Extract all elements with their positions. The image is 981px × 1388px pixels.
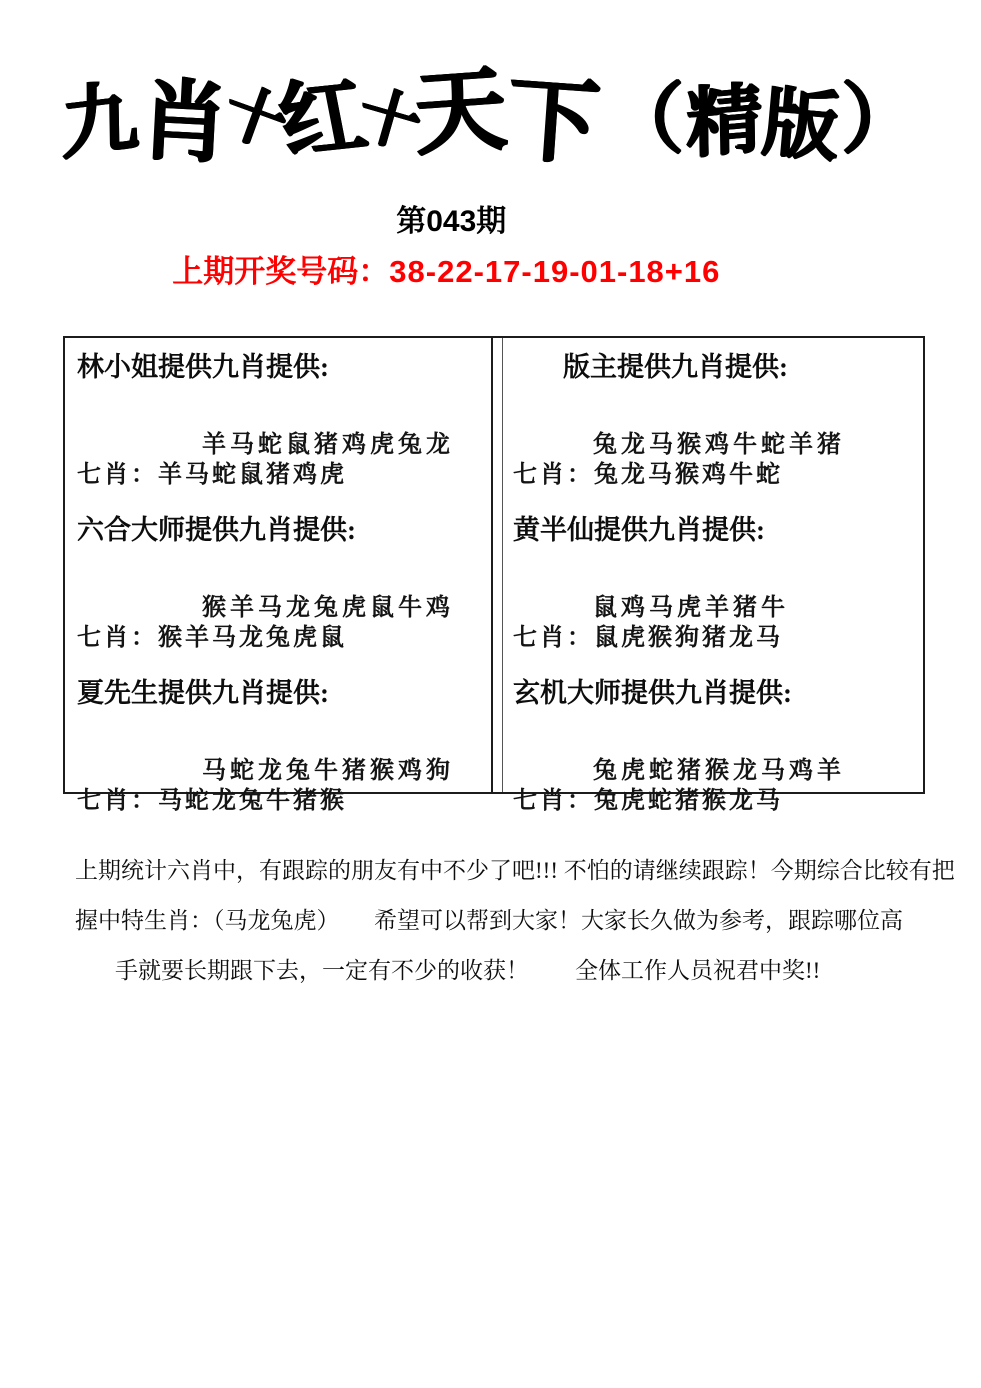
seven-zodiac-line: 七肖：羊马蛇鼠猪鸡虎 <box>77 460 491 491</box>
tip-section-banzhu: 版主提供九肖提供: 兔龙马猴鸡牛蛇羊猪 七肖：兔龙马猴鸡牛蛇 <box>513 351 923 503</box>
tip-section-linxiaojie: 林小姐提供九肖提供: 羊马蛇鼠猪鸡虎兔龙 七肖：羊马蛇鼠猪鸡虎 <box>77 351 491 503</box>
seven-zodiac-line: 七肖：兔虎蛇猪猴龙马 <box>513 786 923 817</box>
tip-section-huangbanxian: 黄半仙提供九肖提供: 鼠鸡马虎羊猪牛 七肖：鼠虎猴狗猪龙马 <box>513 514 923 666</box>
tip-section-xuanjidashi: 玄机大师提供九肖提供: 兔虎蛇猪猴龙马鸡羊 七肖：兔虎蛇猪猴龙马 <box>513 677 923 829</box>
tips-box: 林小姐提供九肖提供: 羊马蛇鼠猪鸡虎兔龙 七肖：羊马蛇鼠猪鸡虎 六合大师提供九肖… <box>63 336 925 794</box>
nine-zodiac-line: 猴羊马龙兔虎鼠牛鸡 <box>77 594 491 623</box>
tip-section-liuhedashi: 六合大师提供九肖提供: 猴羊马龙兔虎鼠牛鸡 七肖：猴羊马龙兔虎鼠 <box>77 514 491 666</box>
tip-section-xiaxiansheng: 夏先生提供九肖提供: 马蛇龙兔牛猪猴鸡狗 七肖：马蛇龙兔牛猪猴 <box>77 677 491 829</box>
last-draw-numbers: 38-22-17-19-01-18+16 <box>389 254 720 289</box>
nine-zodiac-line: 兔龙马猴鸡牛蛇羊猪 <box>513 431 923 460</box>
title-char: 下 <box>503 45 606 183</box>
last-draw-label: 上期开奖号码： <box>172 254 389 289</box>
seven-zodiac-line: 七肖：兔龙马猴鸡牛蛇 <box>513 460 923 491</box>
footer-note: 上期统计六肖中，有跟踪的朋友有中不少了吧!!! 不怕的请继续跟踪！今期综合比较有… <box>75 846 911 996</box>
tip-heading: 六合大师提供九肖提供: <box>77 514 491 547</box>
footer-line-2: 握中特生肖：（马龙兔虎） 希望可以帮到大家！大家长久做为参考，跟踪哪位高 <box>75 896 911 946</box>
nine-zodiac-line: 羊马蛇鼠猪鸡虎兔龙 <box>77 431 491 460</box>
issue-number: 第043期 <box>0 196 903 240</box>
last-draw-line: 上期开奖号码：38-22-17-19-01-18+16 <box>0 246 893 291</box>
tip-heading: 玄机大师提供九肖提供: <box>513 677 923 710</box>
title-char: 精 <box>685 56 765 172</box>
title-char: ） <box>842 58 920 167</box>
nine-zodiac-line: 兔虎蛇猪猴龙马鸡羊 <box>513 757 923 786</box>
title-char: 天 <box>409 35 512 173</box>
tip-heading: 夏先生提供九肖提供: <box>77 677 491 710</box>
page-title: 九肖十红十天下（精版） <box>0 42 981 174</box>
title-char: 肖 <box>138 50 234 181</box>
tip-heading: 版主提供九肖提供: <box>513 351 923 384</box>
column-divider <box>491 338 503 792</box>
seven-zodiac-line: 七肖：马蛇龙兔牛猪猴 <box>77 786 491 817</box>
nine-zodiac-line: 鼠鸡马虎羊猪牛 <box>513 594 923 623</box>
nine-zodiac-line: 马蛇龙兔牛猪猴鸡狗 <box>77 757 491 786</box>
footer-line-1: 上期统计六肖中，有跟踪的朋友有中不少了吧!!! 不怕的请继续跟踪！今期综合比较有… <box>75 846 911 896</box>
tips-column-left: 林小姐提供九肖提供: 羊马蛇鼠猪鸡虎兔龙 七肖：羊马蛇鼠猪鸡虎 六合大师提供九肖… <box>65 338 491 792</box>
title-char: 九 <box>61 53 142 175</box>
tips-column-right: 版主提供九肖提供: 兔龙马猴鸡牛蛇羊猪 七肖：兔龙马猴鸡牛蛇 黄半仙提供九肖提供… <box>503 338 923 792</box>
title-char: （ <box>608 58 686 167</box>
tip-heading: 林小姐提供九肖提供: <box>77 351 491 384</box>
footer-line-3: 手就要长期跟下去，一定有不少的收获！ 全体工作人员祝君中奖!! <box>75 946 911 996</box>
title-char: 版 <box>759 61 846 176</box>
seven-zodiac-line: 七肖：猴羊马龙兔虎鼠 <box>77 623 491 654</box>
tip-heading: 黄半仙提供九肖提供: <box>513 514 923 547</box>
seven-zodiac-line: 七肖：鼠虎猴狗猪龙马 <box>513 623 923 654</box>
tip-sheet-page: 九肖十红十天下（精版） 第043期 上期开奖号码：38-22-17-19-01-… <box>0 0 981 1388</box>
